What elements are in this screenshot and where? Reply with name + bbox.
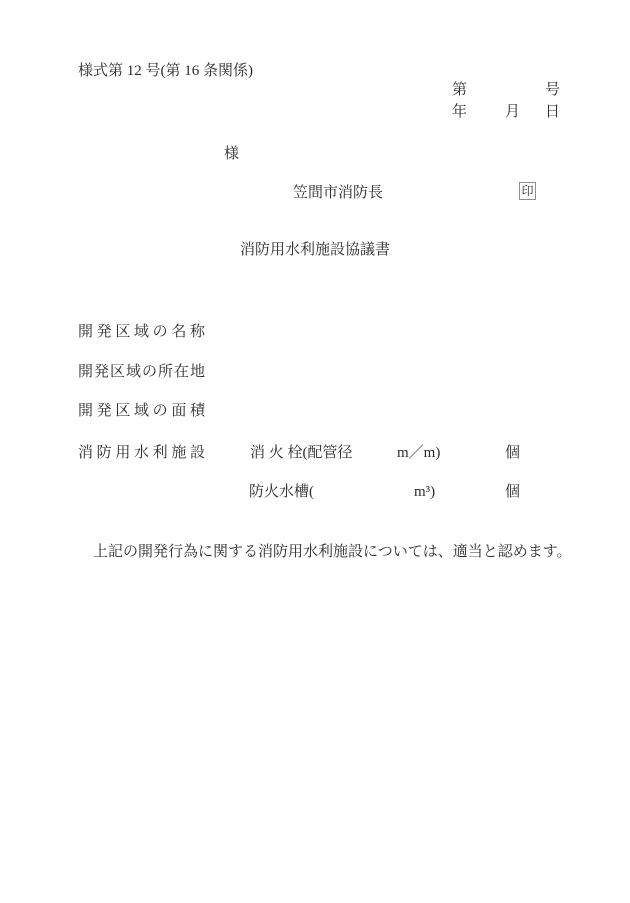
doc-number-suffix: 号 bbox=[545, 83, 560, 98]
addressee-honorific: 様 bbox=[224, 147, 239, 162]
document-title: 消防用水利施設協議書 bbox=[0, 243, 630, 258]
hydrant-unit-label: m／m) bbox=[397, 446, 440, 461]
date-month-label: 月 bbox=[505, 105, 520, 120]
hydrant-counter-label: 個 bbox=[505, 446, 520, 461]
date-year-label: 年 bbox=[452, 105, 467, 120]
sender-name: 笠間市消防長 bbox=[293, 186, 383, 201]
statement-text: 上記の開発行為に関する消防用水利施設については、適当と認めます。 bbox=[93, 545, 572, 560]
seal-label: 印 bbox=[521, 184, 533, 198]
cistern-unit-label: m³) bbox=[414, 485, 435, 500]
cistern-label: 防火水槽( bbox=[249, 485, 314, 500]
hydrant-label: 消 火 栓(配管径 bbox=[250, 446, 353, 461]
field-label-area-size: 開発区域の面積 bbox=[78, 404, 205, 419]
doc-number-prefix: 第 bbox=[452, 83, 467, 98]
field-label-area-name: 開発区域の名称 bbox=[78, 325, 205, 340]
date-day-label: 日 bbox=[545, 105, 560, 120]
field-label-area-location: 開発区域の所在地 bbox=[78, 365, 205, 380]
seal-stamp-box: 印 bbox=[519, 182, 536, 200]
field-label-facility: 消防用水利施設 bbox=[78, 446, 205, 461]
form-number-label: 様式第 12 号(第 16 条関係) bbox=[78, 64, 253, 79]
cistern-counter-label: 個 bbox=[505, 485, 520, 500]
document-page: 様式第 12 号(第 16 条関係) 第 号 年 月 日 様 笠間市消防長 印 … bbox=[0, 0, 630, 903]
